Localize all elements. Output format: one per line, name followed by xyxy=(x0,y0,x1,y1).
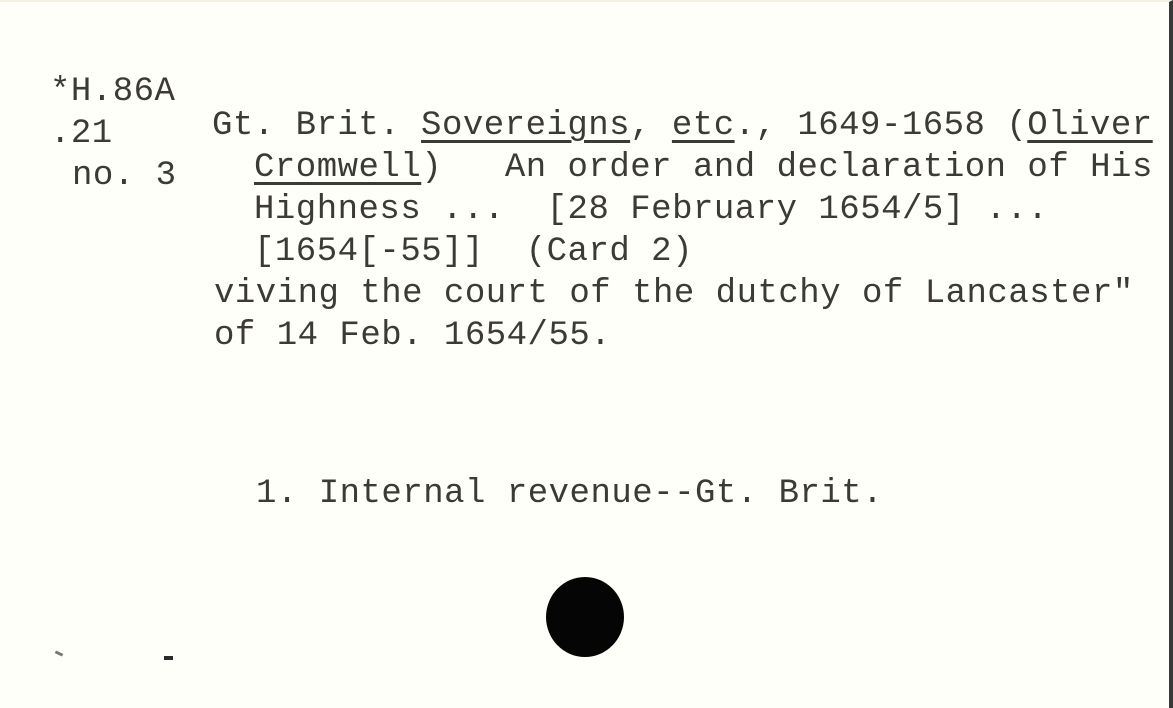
punch-hole xyxy=(546,577,624,657)
heading-etc: etc xyxy=(672,107,735,145)
title-line-3: [1654[-55]] (Card 2) xyxy=(254,232,693,272)
ink-speck xyxy=(55,650,64,656)
note-line-1: viving the court of the dutchy of Lancas… xyxy=(214,274,1134,314)
subject-tracing: 1. Internal revenue--Gt. Brit. xyxy=(256,474,883,514)
heading-oliver: Oliver xyxy=(1027,107,1152,145)
call-number-line-3: no. 3 xyxy=(72,156,177,196)
call-number-line-2: .21 xyxy=(50,114,113,154)
ink-speck xyxy=(164,656,173,660)
main-heading: Gt. Brit. Sovereigns, etc., 1649-1658 (O… xyxy=(212,106,1153,146)
note-line-2: of 14 Feb. 1654/55. xyxy=(214,316,611,356)
title-text-1: An order and declaration of His xyxy=(442,149,1153,187)
heading-prefix: Gt. Brit. xyxy=(212,107,421,145)
call-number-line-1: *H.86A xyxy=(50,72,175,112)
title-line-2: Highness ... [28 February 1654/5] ... xyxy=(254,190,1048,230)
catalog-card: *H.86A .21 no. 3 Gt. Brit. Sovereigns, e… xyxy=(0,0,1173,708)
heading-sep: , xyxy=(630,107,672,145)
title-line-1: Cromwell) An order and declaration of Hi… xyxy=(254,148,1153,188)
heading-cromwell: Cromwell xyxy=(254,149,421,187)
heading-dates: ., 1649-1658 ( xyxy=(735,107,1028,145)
heading-close: ) xyxy=(421,149,442,187)
heading-sovereigns: Sovereigns xyxy=(421,107,630,145)
